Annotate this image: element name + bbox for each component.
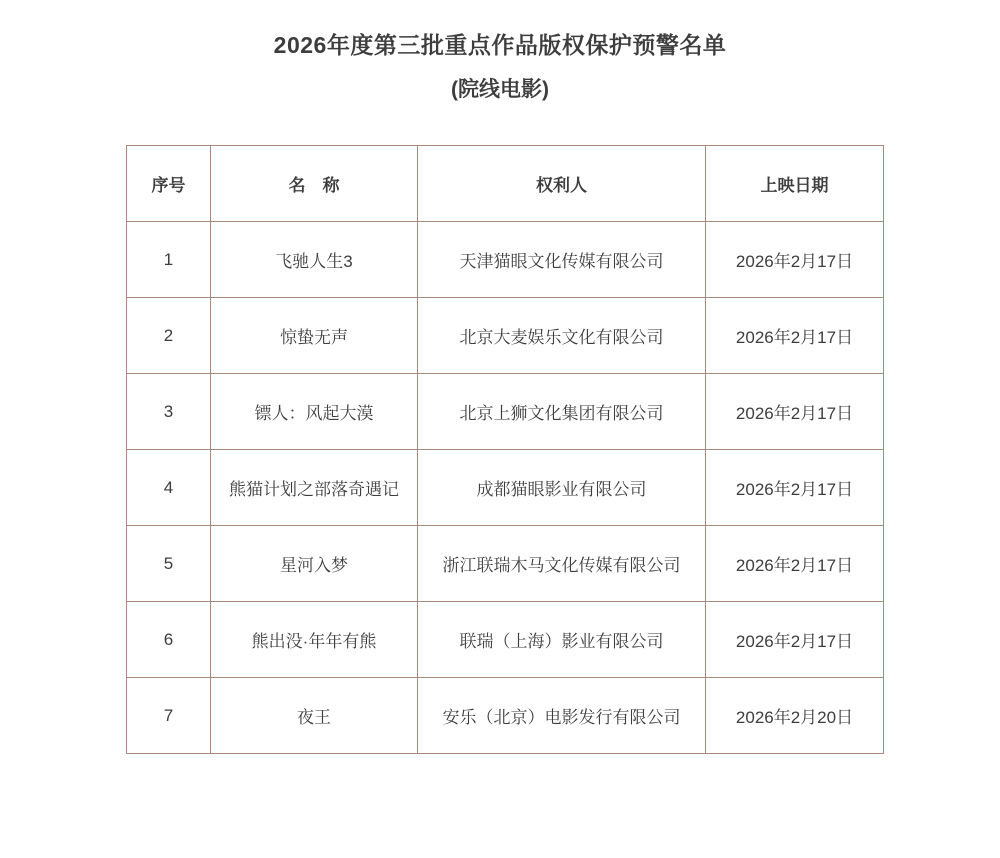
column-header-rights-holder: 权利人 bbox=[418, 146, 706, 222]
cell-name: 夜王 bbox=[211, 678, 418, 754]
table-row: 2 惊蛰无声 北京大麦娱乐文化有限公司 2026年2月17日 bbox=[127, 298, 884, 374]
cell-name: 飞驰人生3 bbox=[211, 222, 418, 298]
page-subtitle: (院线电影) bbox=[0, 76, 1000, 104]
column-header-name: 名 称 bbox=[211, 146, 418, 222]
cell-release-date: 2026年2月17日 bbox=[706, 450, 884, 526]
cell-release-date: 2026年2月17日 bbox=[706, 602, 884, 678]
table-row: 3 镖人：风起大漠 北京上狮文化集团有限公司 2026年2月17日 bbox=[127, 374, 884, 450]
table-header-row: 序号 名 称 权利人 上映日期 bbox=[127, 146, 884, 222]
table-row: 4 熊猫计划之部落奇遇记 成都猫眼影业有限公司 2026年2月17日 bbox=[127, 450, 884, 526]
column-header-no: 序号 bbox=[127, 146, 211, 222]
cell-rights-holder: 北京大麦娱乐文化有限公司 bbox=[418, 298, 706, 374]
cell-name: 镖人：风起大漠 bbox=[211, 374, 418, 450]
cell-name: 熊猫计划之部落奇遇记 bbox=[211, 450, 418, 526]
cell-rights-holder: 安乐（北京）电影发行有限公司 bbox=[418, 678, 706, 754]
cell-name: 星河入梦 bbox=[211, 526, 418, 602]
cell-rights-holder: 浙江联瑞木马文化传媒有限公司 bbox=[418, 526, 706, 602]
cell-no: 6 bbox=[127, 602, 211, 678]
cell-rights-holder: 联瑞（上海）影业有限公司 bbox=[418, 602, 706, 678]
cell-no: 2 bbox=[127, 298, 211, 374]
cell-release-date: 2026年2月17日 bbox=[706, 374, 884, 450]
table-row: 1 飞驰人生3 天津猫眼文化传媒有限公司 2026年2月17日 bbox=[127, 222, 884, 298]
cell-rights-holder: 天津猫眼文化传媒有限公司 bbox=[418, 222, 706, 298]
cell-release-date: 2026年2月20日 bbox=[706, 678, 884, 754]
copyright-warning-table: 序号 名 称 权利人 上映日期 1 飞驰人生3 天津猫眼文化传媒有限公司 202… bbox=[126, 145, 884, 754]
cell-rights-holder: 成都猫眼影业有限公司 bbox=[418, 450, 706, 526]
table-row: 7 夜王 安乐（北京）电影发行有限公司 2026年2月20日 bbox=[127, 678, 884, 754]
cell-no: 1 bbox=[127, 222, 211, 298]
cell-no: 7 bbox=[127, 678, 211, 754]
cell-release-date: 2026年2月17日 bbox=[706, 222, 884, 298]
cell-no: 3 bbox=[127, 374, 211, 450]
cell-no: 5 bbox=[127, 526, 211, 602]
cell-rights-holder: 北京上狮文化集团有限公司 bbox=[418, 374, 706, 450]
table-row: 5 星河入梦 浙江联瑞木马文化传媒有限公司 2026年2月17日 bbox=[127, 526, 884, 602]
table-row: 6 熊出没·年年有熊 联瑞（上海）影业有限公司 2026年2月17日 bbox=[127, 602, 884, 678]
cell-name: 熊出没·年年有熊 bbox=[211, 602, 418, 678]
page-title: 2026年度第三批重点作品版权保护预警名单 bbox=[0, 30, 1000, 60]
cell-no: 4 bbox=[127, 450, 211, 526]
column-header-release-date: 上映日期 bbox=[706, 146, 884, 222]
cell-release-date: 2026年2月17日 bbox=[706, 298, 884, 374]
cell-release-date: 2026年2月17日 bbox=[706, 526, 884, 602]
cell-name: 惊蛰无声 bbox=[211, 298, 418, 374]
